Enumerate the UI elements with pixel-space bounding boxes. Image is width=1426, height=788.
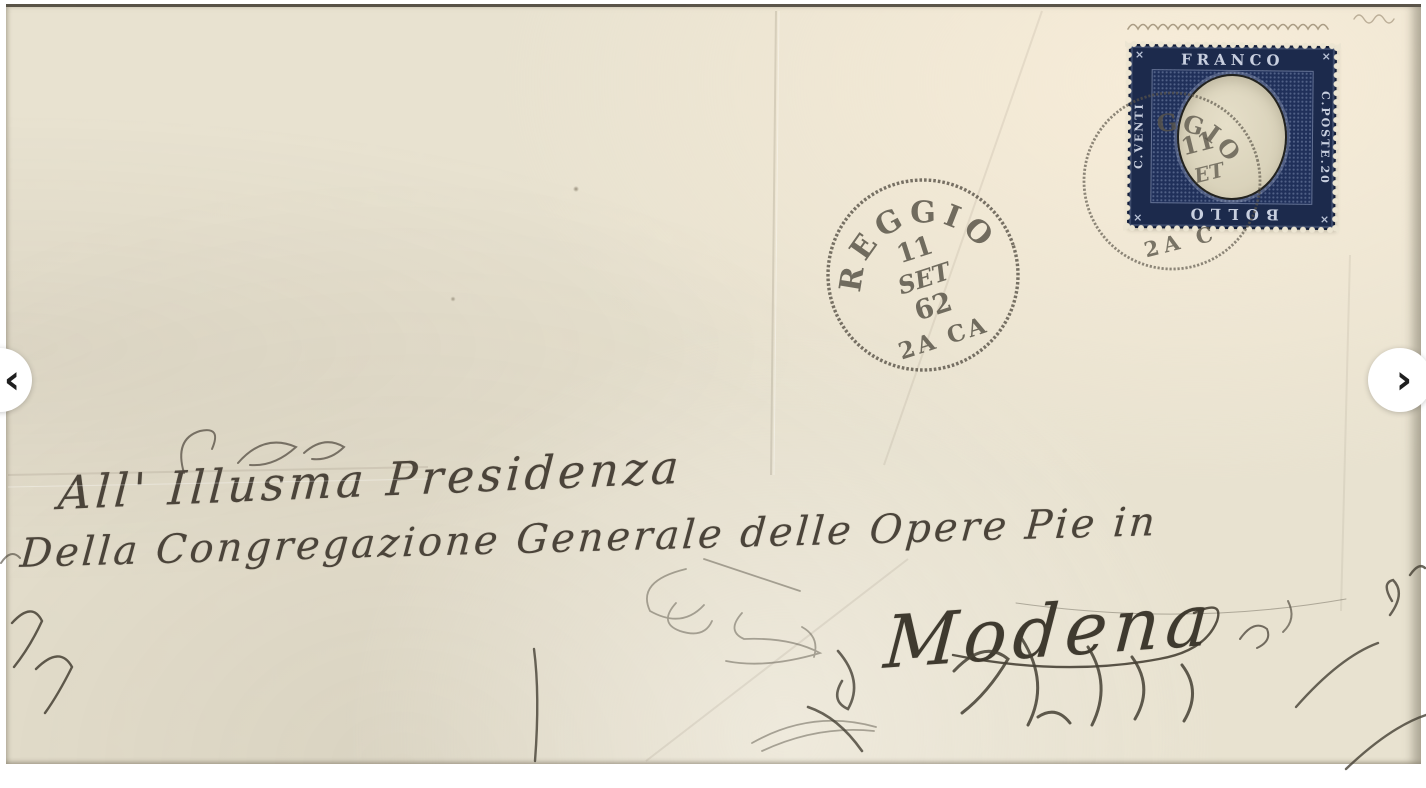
postage-stamp: × × × × FRANCO C.POSTE.20 C.VENTI BOLLO (1127, 44, 1337, 230)
svg-text:REGGIO: REGGIO (813, 171, 1009, 304)
address-line-1: All' Illusma Presidenza (57, 440, 685, 520)
stamp-label-bollo: BOLLO (1127, 204, 1335, 224)
stamp-label-franco: FRANCO (1129, 50, 1337, 70)
address-city: Modena (881, 577, 1217, 685)
chevron-right-icon: › (1396, 360, 1412, 400)
cover-photo: All' Illusma Presidenza Della Congregazi… (6, 4, 1421, 764)
pen-squiggle (1128, 15, 1394, 29)
stamp-portrait-oval (1176, 73, 1287, 200)
postmark-year: 62 (911, 286, 956, 327)
postmark-day: 11 (893, 230, 937, 270)
stamp-perforation-bottom (1123, 224, 1339, 234)
postmark-town: REGGIO (813, 171, 1009, 304)
postmark-office: 2A CA (895, 311, 992, 365)
postmark-month: SET (894, 256, 956, 301)
chevron-left-icon: ‹ (4, 360, 20, 400)
stamp-inner-panel (1150, 69, 1313, 205)
stamp-perforation-top (1125, 40, 1341, 50)
next-button[interactable]: › (1368, 348, 1426, 412)
photo-viewer: All' Illusma Presidenza Della Congregazi… (0, 0, 1426, 788)
stamp-label-cventi: C.VENTI (1129, 44, 1149, 228)
stamp-label-cposte20: C.POSTE.20 (1315, 46, 1335, 230)
postmark-reggio: REGGIO 11 SET 62 2A CA (803, 155, 1042, 394)
